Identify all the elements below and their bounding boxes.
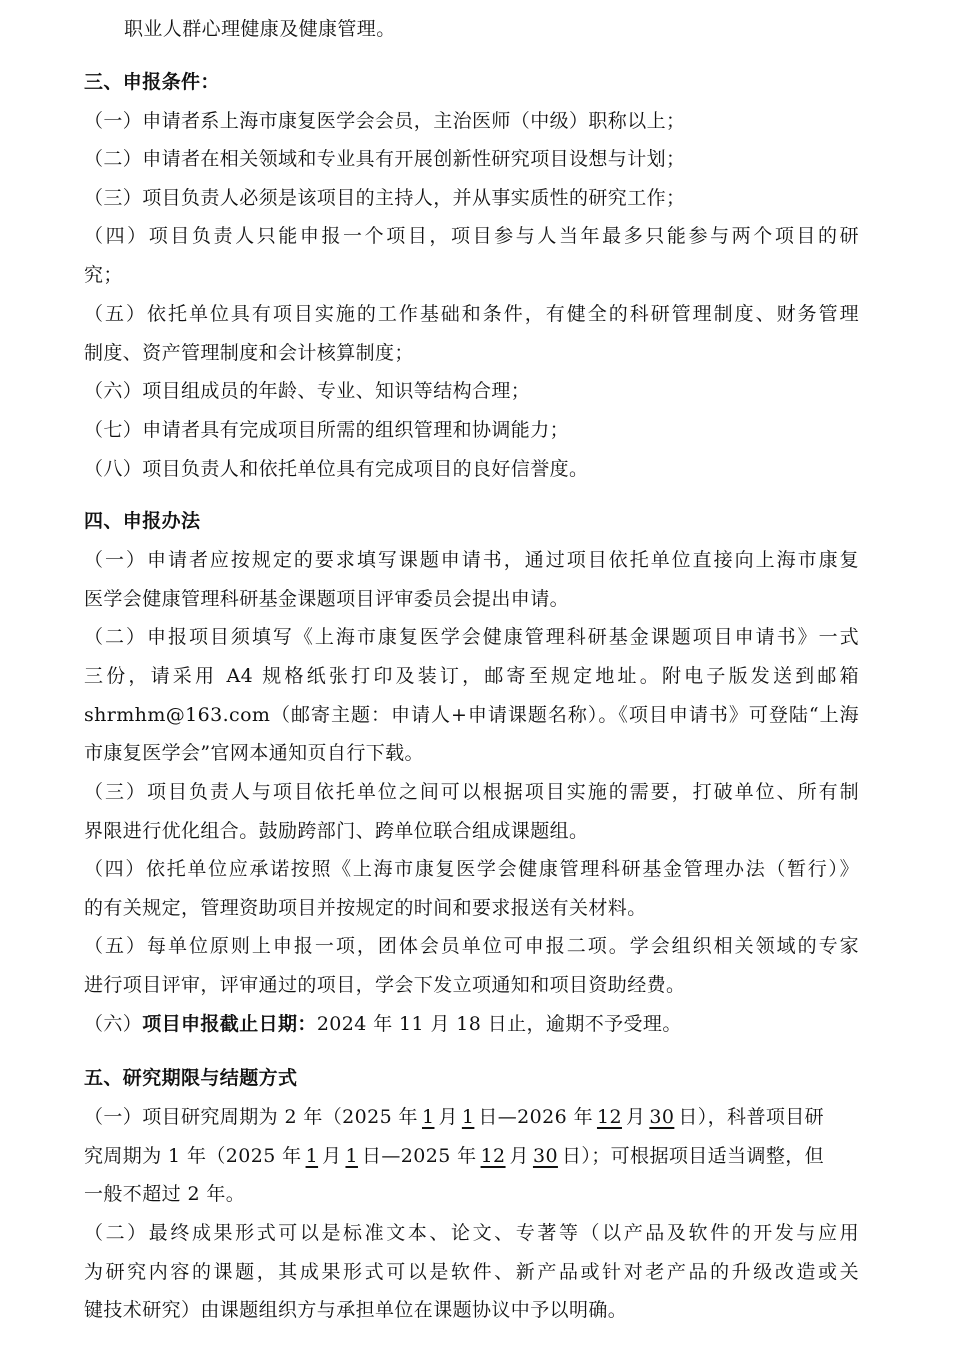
s3-item-4-line-1: （四）项目负责人只能申报一个项目，项目参与人当年最多只能参与两个项目的研 <box>84 224 859 248</box>
text-segment: 日—2026 年 <box>478 1106 593 1128</box>
s4-item-3-line-2: 界限进行优化组合。鼓励跨部门、跨单位联合组成课题组。 <box>84 819 588 843</box>
text-segment: 日），科普项目研 <box>678 1106 824 1128</box>
underlined-day: 30 <box>645 1106 678 1128</box>
text-segment: 日—2025 年 <box>362 1145 477 1167</box>
s4-item-4-line-2: 的有关规定，管理资助项目并按规定的时间和要求报送有关材料。 <box>84 896 647 920</box>
s5-item-2-line-3: 键技术研究）由课题组织方与承担单位在课题协议中予以明确。 <box>84 1298 627 1322</box>
section-3-heading: 三、申报条件： <box>84 70 220 94</box>
underlined-day: 30 <box>529 1145 562 1167</box>
intro-tail-text: 职业人群心理健康及健康管理。 <box>124 17 396 41</box>
text-segment: （一）项目研究周期为 2 年（2025 年 <box>84 1106 418 1128</box>
s5-item-1-line-3: 一般不超过 2 年。 <box>84 1182 245 1206</box>
s4-item-2-line-1: （二）申报项目须填写《上海市康复医学会健康管理科研基金课题项目申请书》一式 <box>84 625 859 649</box>
s4-item-2-line-4: 市康复医学会”官网本通知页自行下载。 <box>84 741 424 765</box>
text-segment: 日）；可根据项目适当调整，但 <box>562 1145 824 1167</box>
deadline-label: 项目申报截止日期： <box>142 1013 317 1035</box>
s4-item-6-deadline: （六）项目申报截止日期：2024 年 11 月 18 日止，逾期不予受理。 <box>84 1012 682 1036</box>
s5-item-1-line-1: （一）项目研究周期为 2 年（2025 年1月1日—2026 年12月30日），… <box>84 1105 824 1129</box>
text-segment: 月 <box>626 1106 645 1128</box>
s5-item-1-line-2: 究周期为 1 年（2025 年1月1日—2025 年12月30日）；可根据项目适… <box>84 1144 824 1168</box>
s3-item-7: （七）申请者具有完成项目所需的组织管理和协调能力； <box>84 418 569 442</box>
section-4-heading: 四、申报办法 <box>84 509 200 533</box>
underlined-month: 1 <box>302 1145 323 1167</box>
s4-item-3-line-1: （三）项目负责人与项目依托单位之间可以根据项目实施的需要，打破单位、所有制 <box>84 780 859 804</box>
s3-item-3: （三）项目负责人必须是该项目的主持人，并从事实质性的研究工作； <box>84 186 685 210</box>
text-segment: 究周期为 1 年（2025 年 <box>84 1145 302 1167</box>
s3-item-5-line-1: （五）依托单位具有项目实施的工作基础和条件，有健全的科研管理制度、财务管理 <box>84 302 859 326</box>
s3-item-1: （一）申请者系上海市康复医学会会员，主治医师（中级）职称以上； <box>84 109 685 133</box>
underlined-month: 12 <box>477 1145 510 1167</box>
section-5-heading: 五、研究期限与结题方式 <box>84 1066 297 1090</box>
underlined-month: 1 <box>418 1106 439 1128</box>
s3-item-8: （八）项目负责人和依托单位具有完成项目的良好信誉度。 <box>84 457 588 481</box>
s4-item-1-line-1: （一）申请者应按规定的要求填写课题申请书，通过项目依托单位直接向上海市康复 <box>84 548 859 572</box>
s4-item-5-line-2: 进行项目评审，评审通过的项目，学会下发立项通知和项目资助经费。 <box>84 973 685 997</box>
s3-item-4-line-2: 究； <box>84 263 123 287</box>
s4-item-5-line-1: （五）每单位原则上申报一项，团体会员单位可申报二项。学会组织相关领域的专家 <box>84 934 859 958</box>
text-segment: 月 <box>438 1106 457 1128</box>
text-segment: 月 <box>322 1145 341 1167</box>
s3-item-6: （六）项目组成员的年龄、专业、知识等结构合理； <box>84 379 530 403</box>
deadline-prefix: （六） <box>84 1013 142 1035</box>
s4-item-4-line-1: （四）依托单位应承诺按照《上海市康复医学会健康管理科研基金管理办法（暂行）》 <box>84 857 859 881</box>
s3-item-5-line-2: 制度、资产管理制度和会计核算制度； <box>84 341 414 365</box>
s3-item-2: （二）申请者在相关领域和专业具有开展创新性研究项目设想与计划； <box>84 147 685 171</box>
s4-item-2-line-2: 三份，请采用 A4 规格纸张打印及装订，邮寄至规定地址。附电子版发送到邮箱 <box>84 664 859 688</box>
text-segment: 月 <box>510 1145 529 1167</box>
s4-item-2-line-3: shrmhm@163.com（邮寄主题：申请人+申请课题名称）。《项目申请书》可… <box>84 703 859 727</box>
s5-item-2-line-1: （二）最终成果形式可以是标准文本、论文、专著等（以产品及软件的开发与应用 <box>84 1221 859 1245</box>
s4-item-1-line-2: 医学会健康管理科研基金课题项目评审委员会提出申请。 <box>84 587 569 611</box>
underlined-day: 1 <box>458 1106 479 1128</box>
underlined-month: 12 <box>593 1106 626 1128</box>
underlined-day: 1 <box>341 1145 362 1167</box>
deadline-text: 2024 年 11 月 18 日止，逾期不予受理。 <box>317 1013 682 1035</box>
s5-item-2-line-2: 为研究内容的课题，其成果形式可以是软件、新产品或针对老产品的升级改造或关 <box>84 1260 859 1284</box>
